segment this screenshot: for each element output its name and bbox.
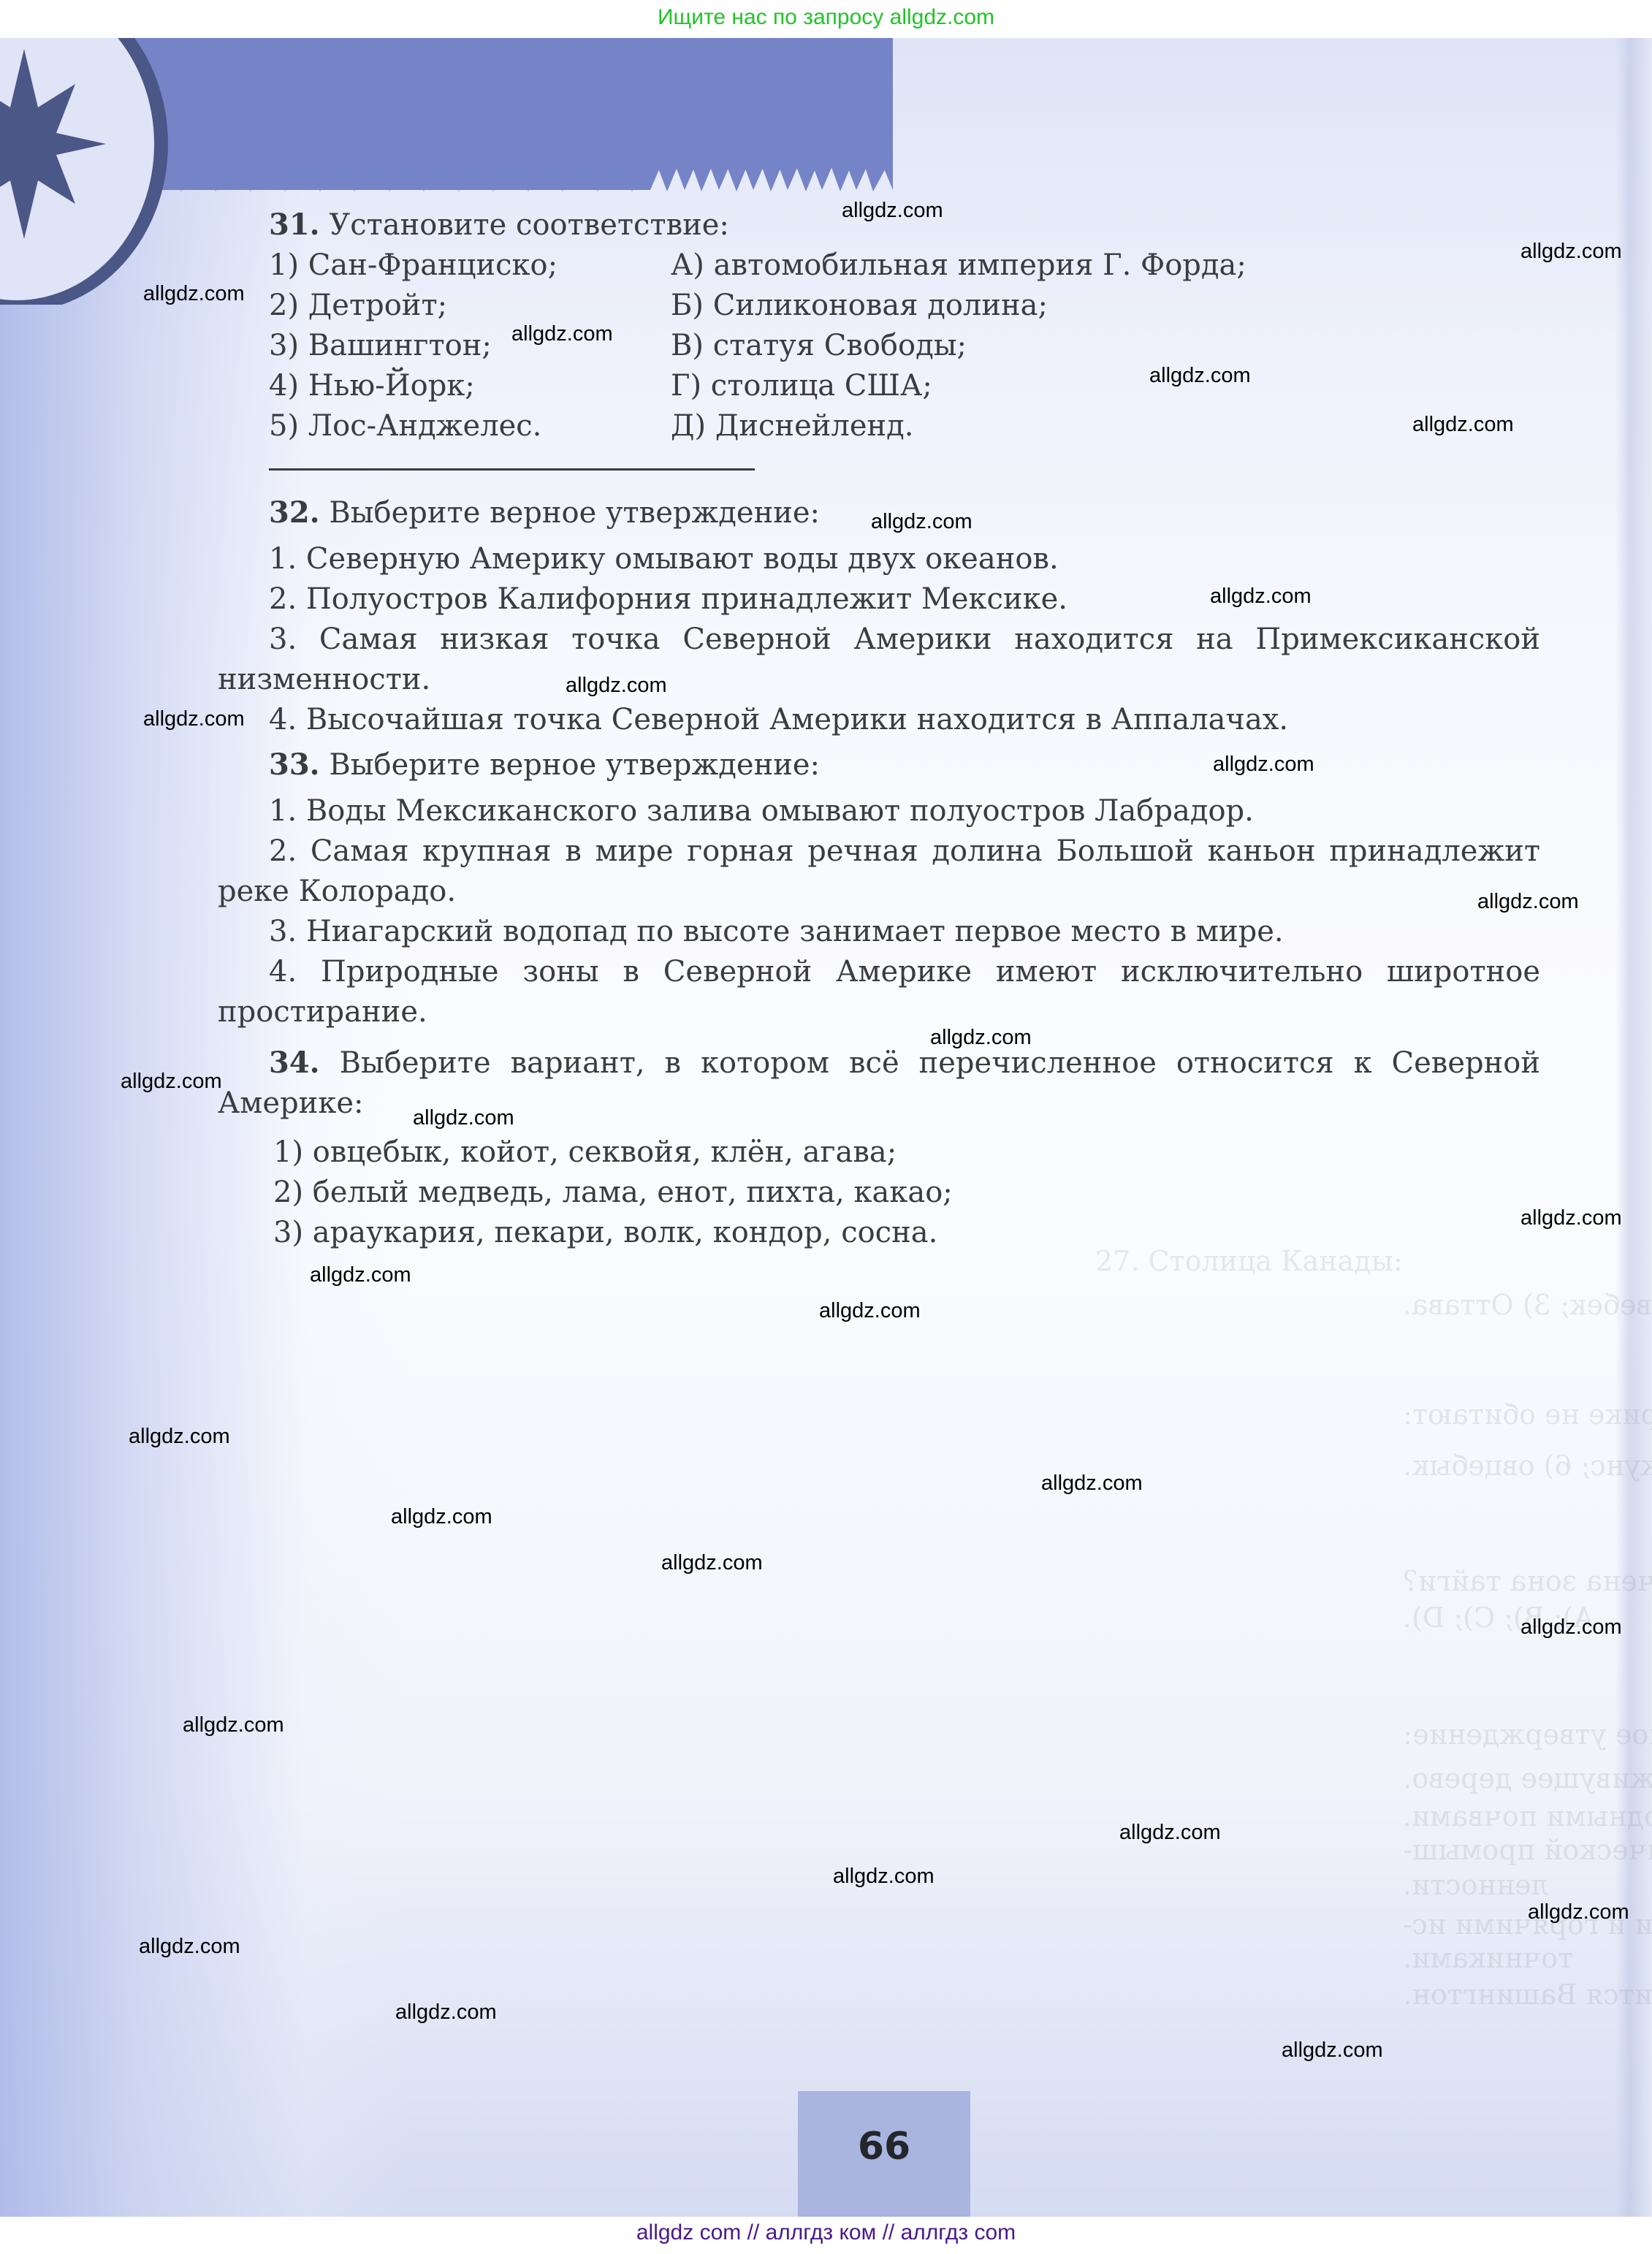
watermark: allgdz.com [842,200,943,221]
show-through-line: 30. Выберите неверное утверждение: [1403,1718,1652,1751]
watermark: allgdz.com [310,1265,411,1286]
option: 3) араукария, пекари, волк, кондор, сосн… [218,1213,1540,1253]
statement: 3. Ниагарский водопад по высоте занимает… [218,912,1540,952]
statement: 2. Самая крупная в мире горная речная до… [218,831,1540,912]
watermark: allgdz.com [819,1301,921,1322]
question-34: 34. Выберите вариант, в котором всё пере… [218,1043,1540,1253]
watermark: allgdz.com [1520,241,1622,262]
watermark: allgdz.com [871,511,972,533]
watermark: allgdz.com [511,324,613,345]
show-through-line: 1) тюлени; 2) койот; 3) лось; 4) жираф; … [1403,1450,1652,1482]
watermark: allgdz.com [1520,1617,1622,1638]
footer-banner: allgdz com // аллгдз ком // аллгдз com [0,2217,1652,2254]
watermark: allgdz.com [930,1027,1032,1048]
option: 2) белый медведь, лама, енот, пихта, как… [218,1173,1540,1213]
watermark: allgdz.com [139,1936,240,1957]
match-row: 4) Нью-Йорк;Г) столица США; [218,366,1540,406]
show-through-line: 2. Великие равнины — это полоса степей с… [1403,1800,1652,1832]
watermark: allgdz.com [1149,365,1251,387]
show-through-line: ленности. [1403,1869,1549,1901]
watermark: allgdz.com [121,1071,222,1092]
option: 1) овцебык, койот, секвойя, клён, агава; [218,1132,1540,1173]
watermark: allgdz.com [1282,2040,1383,2061]
match-row: 3) Вашингтон;В) статуя Свободы; [218,326,1540,366]
match-row: 5) Лос-Анджелес.Д) Диснейленд. [218,406,1540,446]
exercises: 31. Установите соответствие: 1) Сан-Фран… [218,205,1540,1257]
watermark: allgdz.com [566,675,667,696]
top-banner: Ищите нас по запросу allgdz.com [0,0,1652,38]
emblem-star-icon [0,38,179,305]
question-33: 33. Выберите верное утверждение: 1. Воды… [218,745,1540,1032]
watermark: allgdz.com [391,1507,492,1528]
question-title: 33. Выберите верное утверждение: [218,745,1540,785]
answer-line[interactable] [269,468,755,471]
workbook-page: 27. Столица Канады: 1) Монреаль; 2) Квеб… [0,38,1652,2217]
show-through-line: 1) Монреаль; 2) Квебек; 3) Оттава. [1403,1289,1652,1321]
show-through-line: 28. В Северной Америке не обитают: [1403,1398,1652,1431]
show-through-line: 1. Секвойя — самое высокое и долгоживуще… [1403,1762,1652,1794]
watermark: allgdz.com [183,1715,284,1736]
page-number: 66 [798,2125,970,2169]
statement: 1. Северную Америку омывают воды двух ок… [218,539,1540,579]
show-through-line: 3. Чикаго — крупнейший город в США, явля… [1403,1834,1652,1866]
watermark: allgdz.com [1213,754,1314,775]
watermark: allgdz.com [143,283,245,305]
statement: 4. Высочайшая точка Северной Америки нах… [218,700,1540,740]
watermark: allgdz.com [661,1553,763,1574]
question-31: 31. Установите соответствие: 1) Сан-Фран… [218,205,1540,471]
statement: 3. Самая низкая точка Северной Америки н… [218,620,1540,700]
match-row: 2) Детройт;Б) Силиконовая долина; [218,286,1540,326]
footer-text: allgdz com // аллгдз ком // аллгдз com [636,2220,1016,2245]
watermark: allgdz.com [129,1426,230,1447]
watermark: allgdz.com [1210,586,1312,607]
watermark: allgdz.com [1520,1208,1622,1229]
watermark: allgdz.com [1477,891,1579,913]
show-through-line: 5. На реке Потомак находится Вашингтон. [1403,1979,1652,2011]
show-through-line: 29. Какой буквой на карте (рис. 27) обоз… [1403,1565,1652,1597]
watermark: allgdz.com [413,1108,514,1129]
watermark: allgdz.com [143,709,245,730]
match-row: 1) Сан-Франциско;А) автомобильная импери… [218,245,1540,286]
statement: 4. Природные зоны в Северной Америке име… [218,952,1540,1032]
page-number-box: 66 [798,2091,970,2217]
watermark: allgdz.com [1528,1902,1629,1923]
show-through-line: точниками. [1403,1942,1573,1974]
search-hint-text: Ищите нас по запросу allgdz.com [658,5,994,29]
watermark: allgdz.com [395,2002,497,2023]
page-edge-shadow [1615,38,1652,2217]
watermark: allgdz.com [833,1866,935,1887]
watermark: allgdz.com [1412,414,1514,435]
watermark: allgdz.com [1119,1822,1221,1843]
statement: 1. Воды Мексиканского залива омывают пол… [218,791,1540,831]
statement: 2. Полуостров Калифорния принадлежит Мек… [218,579,1540,620]
watermark: allgdz.com [1041,1473,1143,1494]
